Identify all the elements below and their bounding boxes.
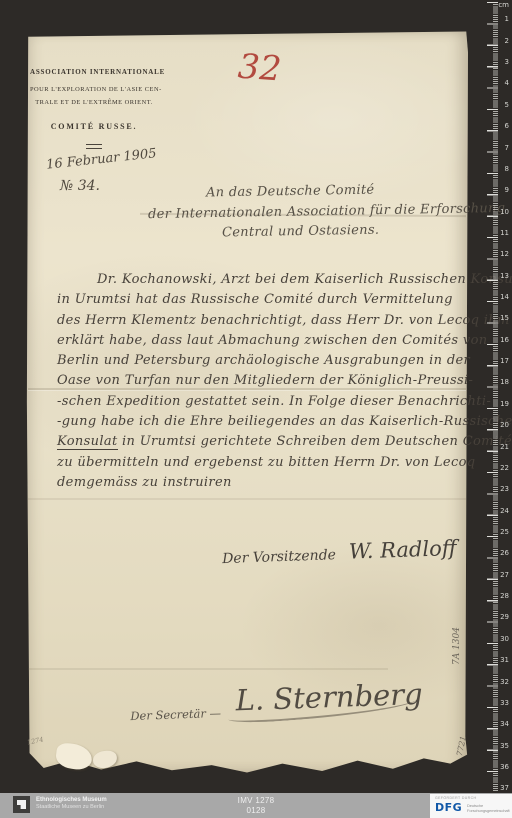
divider-ornament-icon [86,144,102,149]
dfg-funded-label: GEFÖRDERT DURCH [435,796,476,800]
inventory-number: IMV 1278 [181,796,331,806]
letterhead: ASSOCIATION INTERNATIONALE POUR L'EXPLOR… [30,68,158,149]
page-number: 0128 [181,806,331,816]
red-stamp-number: 32 [237,47,283,90]
dfg-name: Deutsche Forschungsgemeinschaft [467,803,510,813]
letter-body: Dr. Kochanowski, Arzt bei dem Kaiserlich… [57,272,465,495]
ruler-number: 6 [505,123,509,130]
ruler-number: 15 [500,315,509,322]
body-line: demgemäss zu instruiren [57,475,465,495]
ruler-number: 4 [505,80,509,87]
ruler-number: 34 [500,721,509,728]
footer-bar: Ethnologisches Museum Staatliche Museen … [0,793,512,818]
ruler-number: 8 [505,166,509,173]
inventory-id: IMV 1278 0128 [181,796,331,816]
ruler-number: 27 [500,572,509,579]
ruler-number: 23 [500,486,509,493]
body-line: erklärt habe, dass laut Abmachung zwisch… [57,333,465,353]
body-line: Konsulat in Urumtsi gerichtete Schreiben… [57,434,465,454]
ruler-number: 20 [500,422,509,429]
dfg-name-line2: Forschungsgemeinschaft [467,808,510,813]
ruler-number: 7 [505,145,509,152]
underlined-word: Konsulat [57,434,118,450]
dfg-acronym: DFG [435,801,462,814]
body-line: -schen Expedition gestattet sein. In Fol… [57,394,465,414]
address-line1: An das Deutsche Comité [206,183,375,201]
ruler-number: 31 [500,657,509,664]
secretary-title: Der Secretär — [130,706,221,723]
ruler-number: 24 [500,508,509,515]
margin-note-right: 7A 1304 [452,627,462,665]
ruler-number: 2 [505,38,509,45]
ruler-number: 16 [500,337,509,344]
ruler-unit-label: cm [498,1,509,9]
museum-logo-icon [13,796,30,813]
body-line: zu übermitteln und ergebenst zu bitten H… [57,455,465,475]
address-line3: Central und Ostasiens. [222,223,380,241]
body-line: -gung habe ich die Ehre beiliegendes an … [57,414,465,434]
ruler-number: 10 [500,209,509,216]
letterhead-line2: POUR L'EXPLORATION DE L'ASIE CEN- [30,86,158,93]
ruler-cm-ticks [487,2,498,791]
ruler-number: 9 [505,187,509,194]
ruler-number: 3 [505,59,509,66]
ruler-number: 14 [500,294,509,301]
ruler-number: 26 [500,550,509,557]
president-title: Der Vorsitzende [222,547,336,567]
body-line: Berlin und Petersburg archäologische Aus… [57,353,465,373]
ruler-number: 28 [500,593,509,600]
president-name: W. Radloff [348,536,457,564]
dfg-logo: GEFÖRDERT DURCH DFG Deutsche Forschungsg… [430,794,512,818]
ruler-number: 1 [505,16,509,23]
ruler-number: 21 [500,444,509,451]
letterhead-line3: TRALE ET DE L'EXTRÊME ORIENT. [30,99,158,106]
ruler-number: 13 [500,273,509,280]
cm-ruler: cm 1234567891011121314151617181920212223… [482,0,512,793]
ruler-number: 18 [500,379,509,386]
ruler-number: 17 [500,358,509,365]
ruler-number: 11 [500,230,509,237]
body-line: Oase von Turfan nur den Mitgliedern der … [57,373,465,393]
ruler-number: 30 [500,636,509,643]
museum-institution: Staatliche Museen zu Berlin [36,804,107,811]
museum-text: Ethnologisches Museum Staatliche Museen … [36,797,107,811]
ruler-number: 29 [500,614,509,621]
ruler-number: 12 [500,251,509,258]
ruler-number: 32 [500,679,509,686]
ruler-number: 5 [505,102,509,109]
ruler-number: 37 [500,785,509,792]
body-line: des Herrn Klementz benachrichtigt, dass … [57,313,465,333]
file-number: № 34. [60,178,100,194]
ruler-number: 35 [500,743,509,750]
ruler-number: 33 [500,700,509,707]
ruler-number: 36 [500,764,509,771]
letterhead-line1: ASSOCIATION INTERNATIONALE [30,68,158,76]
ruler-number: 25 [500,529,509,536]
body-line: in Urumtsi hat das Russische Comité durc… [57,292,465,312]
ruler-number: 19 [500,401,509,408]
ruler-number: 22 [500,465,509,472]
museum-name: Ethnologisches Museum [36,797,107,804]
body-line: Dr. Kochanowski, Arzt bei dem Kaiserlich… [57,272,465,292]
letterhead-committee: COMITÉ RUSSE. [30,122,158,131]
museum-pictogram-icon [17,800,26,809]
body-line-rest: in Urumtsi gerichtete Schreiben dem Deut… [118,434,512,449]
